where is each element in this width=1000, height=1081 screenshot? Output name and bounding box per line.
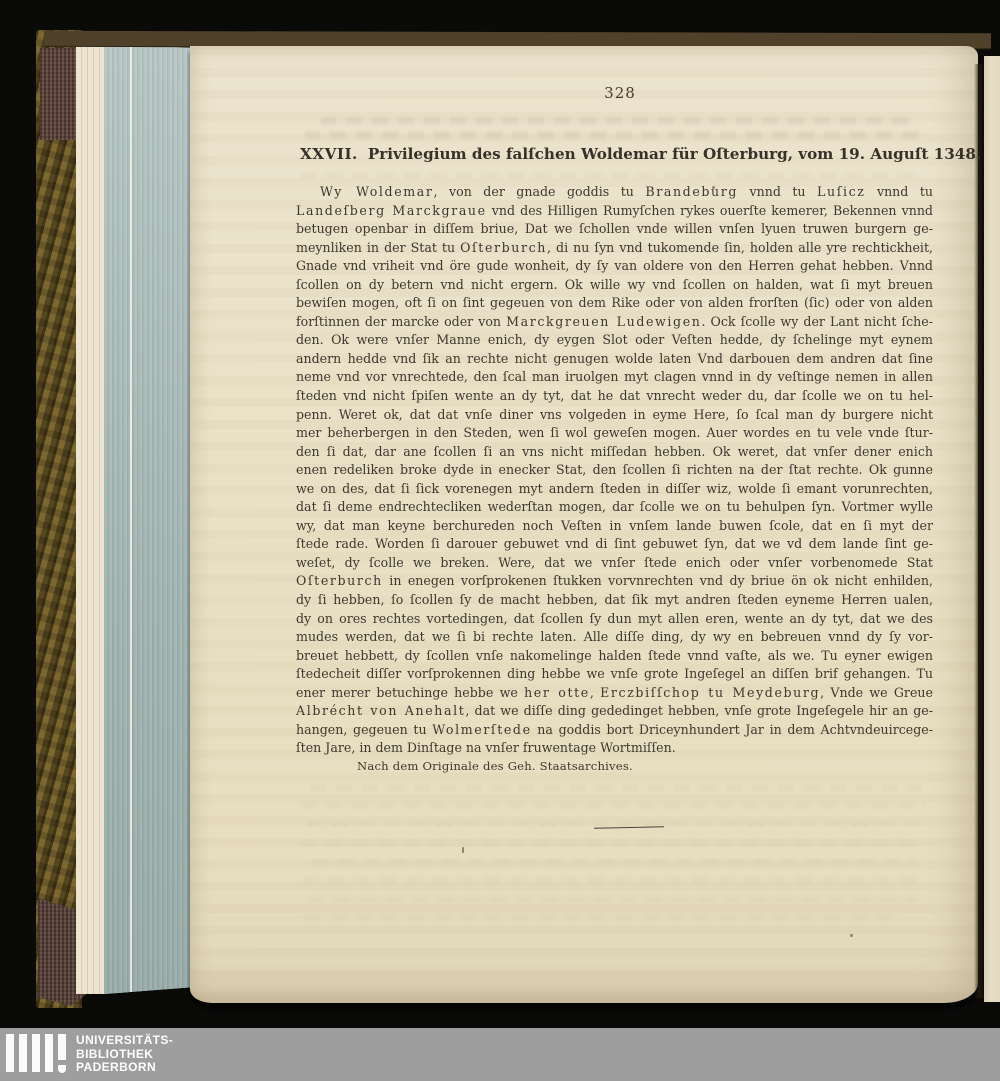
logo-dot-icon	[58, 1065, 66, 1073]
logo-bar-icon	[19, 1034, 27, 1072]
bleed-through-line	[320, 117, 916, 125]
book-cover-corner-top	[40, 48, 80, 140]
body-line: forſtinnen der marcke oder von Marckgreu…	[296, 313, 933, 332]
paper-speck	[712, 186, 715, 189]
logo-bar-icon	[45, 1034, 53, 1072]
body-line: den ſi dat, dar ane ſcollen ſi an vns ni…	[296, 443, 933, 462]
bleed-through-line	[304, 131, 928, 139]
bleed-through-line	[310, 784, 922, 791]
body-line: meynliken in der Stat tu Oſterburch, di …	[296, 239, 933, 258]
body-line: Landeſberg Marckgraue vnd des Hilligen R…	[296, 202, 933, 221]
body-line: hangen, gegeuen tu Wolmerſtede na goddis…	[296, 721, 933, 740]
body-line: ſtedecheit diſſer vorſprokennen ding heb…	[296, 665, 933, 684]
body-line: ſcollen on dy betern vnd nicht ergern. O…	[296, 276, 933, 295]
body-line: dy on ores rechtes vortedingen, dat ſcol…	[296, 610, 933, 629]
body-line: Oſterburch in enegen vorſprokenen ſtukke…	[296, 572, 933, 591]
body-line: ſtede rade. Worden ſi darouer gebuwet vn…	[296, 535, 933, 554]
scanned-book-photo: { "page": { "number": "328", "heading": …	[0, 0, 1000, 1081]
body-line: breuet hebbett, dy ſcollen vnſe nakomeli…	[296, 647, 933, 666]
page-number: 328	[575, 84, 665, 102]
body-line: we on des, dat ſi ſick vorenegen myt and…	[296, 480, 933, 499]
body-line: dat ſi deme endrechtecliken wederſtan mo…	[296, 498, 933, 517]
page-stack-edge-cream	[76, 42, 106, 994]
body-line: ſteden vnd nicht ſpiſen wente an dy tyt,…	[296, 387, 933, 406]
bleed-through-line	[306, 821, 924, 828]
body-line: enen redeliken broke dyde in enecker Sta…	[296, 461, 933, 480]
logo-line-3: PADERBORN	[76, 1061, 173, 1075]
heading-numeral: XXVII.	[300, 145, 358, 163]
page-stack-highlight-line	[130, 46, 132, 992]
body-line: Gnade vnd vriheit vnd öre gude wonheit, …	[296, 257, 933, 276]
body-line: ſten Jare, in dem Dinſtage na vnſer fruw…	[296, 739, 933, 758]
logo-line-2: BIBLIOTHEK	[76, 1048, 173, 1062]
paper-speck	[850, 934, 853, 937]
bleed-through-line	[302, 877, 922, 884]
page-stack-edge-blue	[104, 44, 190, 995]
bleed-through-line	[300, 802, 926, 809]
paper-speck	[462, 847, 464, 853]
bleed-through-line	[304, 914, 900, 921]
bleed-through-line	[312, 858, 918, 865]
body-line: mer beherbergen in den Steden, wen ſi wo…	[296, 424, 933, 443]
body-line: betugen openbar in diſſem briue, Dat we …	[296, 220, 933, 239]
body-text: Wy Woldemar, von der gnade goddis tu Bra…	[296, 183, 933, 758]
library-logo-text: UNIVERSITÄTS- BIBLIOTHEK PADERBORN	[76, 1034, 173, 1075]
body-line: mudes werden, dat we ſi bi rechte laten.…	[296, 628, 933, 647]
body-line: den. Ok were vnſer Manne enich, dy eygen…	[296, 331, 933, 350]
body-line: penn. Weret ok, dat dat vnſe diner vns v…	[296, 406, 933, 425]
next-page-edge	[984, 56, 1000, 1002]
body-line: neme vnd vor vnrechtede, den ſcal man ir…	[296, 368, 933, 387]
body-line: weſet, dy ſcolle we breken. Were, dat we…	[296, 554, 933, 573]
document-heading: XXVII.Privilegium des falſchen Woldemar …	[300, 145, 932, 163]
bleed-through-line	[300, 172, 920, 179]
bleed-through-line	[308, 896, 918, 903]
body-line: wy, dat man keyne berchureden noch Veſte…	[296, 517, 933, 536]
library-footer-bar: UNIVERSITÄTS- BIBLIOTHEK PADERBORN	[0, 1028, 1000, 1081]
body-line: Wy Woldemar, von der gnade goddis tu Bra…	[296, 183, 933, 202]
logo-bar-icon	[32, 1034, 40, 1072]
bleed-through-line	[300, 840, 924, 847]
body-line: bewiſen mogen, oft ſi on ſint gegeuen vo…	[296, 294, 933, 313]
logo-bar-icon	[6, 1034, 14, 1072]
page-gutter-crease	[974, 64, 984, 998]
body-line: ener merer betuchinge hebbe we her otte,…	[296, 684, 933, 703]
logo-line-1: UNIVERSITÄTS-	[76, 1034, 173, 1048]
heading-title: Privilegium des falſchen Woldemar für Oſ…	[368, 145, 981, 163]
logo-bar-icon	[58, 1034, 66, 1060]
body-line: andern hedde vnd ſik an rechte nicht gen…	[296, 350, 933, 369]
body-line: Albrécht von Anehalt, dat we diſſe ding …	[296, 702, 933, 721]
source-note: Nach dem Originale des Geh. Staatsarchiv…	[357, 759, 633, 773]
body-line: dy ſi hebben, ſo ſcollen ſy de macht heb…	[296, 591, 933, 610]
